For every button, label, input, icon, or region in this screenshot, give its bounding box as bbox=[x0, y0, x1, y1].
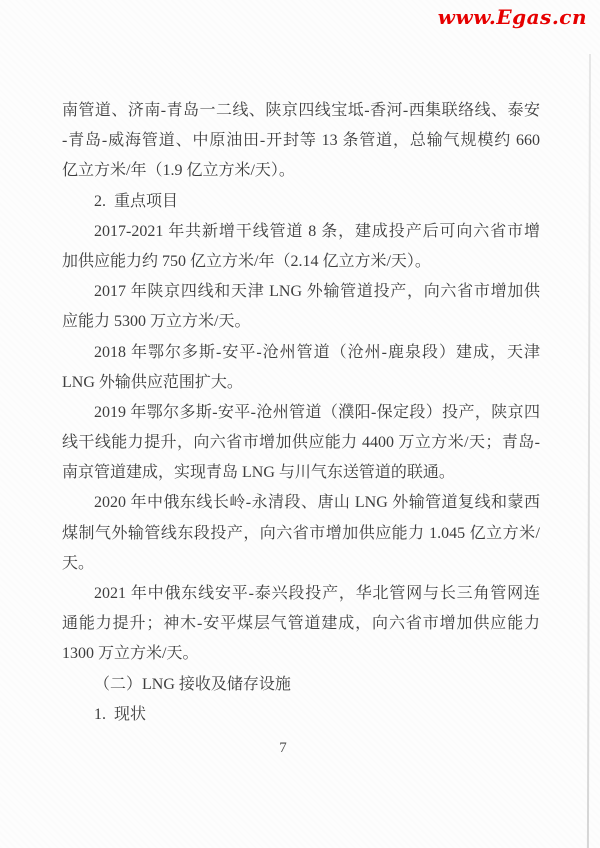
page-number: 7 bbox=[262, 740, 304, 757]
text-line: 亿立方米/年（1.9 亿立方米/天）。 bbox=[62, 156, 540, 186]
text-line: 2019 年鄂尔多斯-安平-沧州管道（濮阳-保定段）投产，陕京四 bbox=[62, 398, 540, 428]
text-line: （二）LNG 接收及储存设施 bbox=[62, 670, 540, 700]
text-line: -青岛-威海管道、中原油田-开封等 13 条管道，总输气规模约 660 bbox=[62, 126, 540, 156]
egas-watermark: www.Egas.cn bbox=[438, 6, 587, 28]
text-line: 线干线能力提升，向六省市增加供应能力 4400 万立方米/天；青岛- bbox=[62, 428, 540, 458]
text-line: 煤制气外输管线东段投产，向六省市增加供应能力 1.045 亿立方米/ bbox=[62, 519, 540, 549]
text-line: LNG 外输供应范围扩大。 bbox=[62, 368, 540, 398]
text-line: 2018 年鄂尔多斯-安平-沧州管道（沧州-鹿泉段）建成，天津 bbox=[62, 338, 540, 368]
text-line: 应能力 5300 万立方米/天。 bbox=[62, 307, 540, 337]
text-line: 2017-2021 年共新增干线管道 8 条，建成投产后可向六省市增 bbox=[62, 217, 540, 247]
text-line: 天。 bbox=[62, 549, 540, 579]
text-line: 加供应能力约 750 亿立方米/年（2.14 亿立方米/天）。 bbox=[62, 247, 540, 277]
text-line: 2021 年中俄东线安平-泰兴段投产，华北管网与长三角管网连 bbox=[62, 579, 540, 609]
text-line: 南管道、济南-青岛一二线、陕京四线宝坻-香河-西集联络线、泰安 bbox=[62, 96, 540, 126]
text-line: 2020 年中俄东线长岭-永清段、唐山 LNG 外输管道复线和蒙西 bbox=[62, 488, 540, 518]
text-line: 2. 重点项目 bbox=[62, 187, 540, 217]
text-line: 通能力提升；神木-安平煤层气管道建成，向六省市增加供应能力 bbox=[62, 609, 540, 639]
text-line: 1. 现状 bbox=[62, 700, 540, 730]
document-body-text: 南管道、济南-青岛一二线、陕京四线宝坻-香河-西集联络线、泰安-青岛-威海管道、… bbox=[62, 96, 540, 730]
text-line: 1300 万立方米/天。 bbox=[62, 639, 540, 669]
text-line: 南京管道建成，实现青岛 LNG 与川气东送管道的联通。 bbox=[62, 458, 540, 488]
text-line: 2017 年陕京四线和天津 LNG 外输管道投产，向六省市增加供 bbox=[62, 277, 540, 307]
